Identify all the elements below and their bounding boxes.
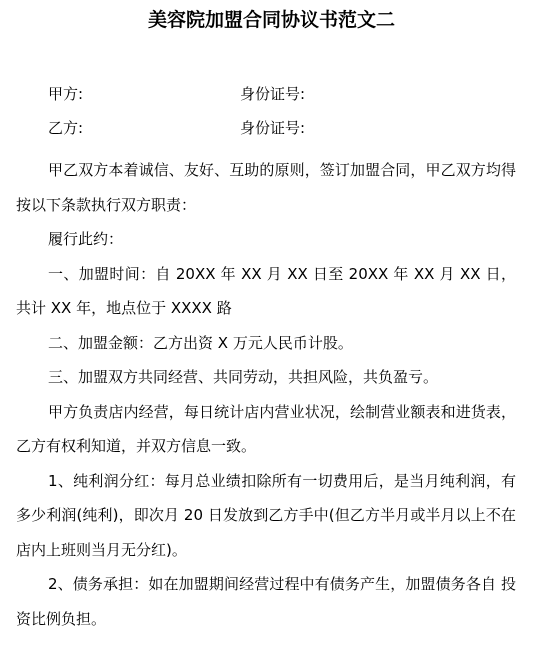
paragraph-term-1: 一、加盟时间：自 20XX 年 XX 月 XX 日至 20XX 年 XX 月 X… xyxy=(16,257,516,326)
document-page: 美容院加盟合同协议书范文二 甲方: 身份证号: 乙方: 身份证号: 甲乙双方本着… xyxy=(0,0,543,672)
paragraph-profit-sharing: 1、纯利润分红：每月总业绩扣除所有一切费用后，是当月纯利润，有多少利润(纯利)，… xyxy=(16,464,516,568)
paragraph-preamble: 甲乙双方本着诚信、友好、互助的原则，签订加盟合同，甲乙双方均得按以下条款执行双方… xyxy=(16,153,516,222)
party-a-label: 甲方: xyxy=(48,84,83,104)
document-title: 美容院加盟合同协议书范文二 xyxy=(0,6,543,34)
contract-body: 甲乙双方本着诚信、友好、互助的原则，签订加盟合同，甲乙双方均得按以下条款执行双方… xyxy=(16,153,516,636)
paragraph-debt: 2、债务承担：如在加盟期间经营过程中有债务产生，加盟债务各自 投资比例负担。 xyxy=(16,567,516,636)
paragraph-term-3: 三、加盟双方共同经营、共同劳动，共担风险，共负盈亏。 xyxy=(16,360,516,395)
paragraph-fulfill: 履行此约： xyxy=(16,222,516,257)
party-b-id-label: 身份证号: xyxy=(240,118,305,138)
party-b-label: 乙方: xyxy=(48,118,83,138)
party-a-id-label: 身份证号: xyxy=(240,84,305,104)
paragraph-term-2: 二、加盟金额：乙方出资 X 万元人民币计股。 xyxy=(16,326,516,361)
paragraph-management: 甲方负责店内经营，每日统计店内营业状况，绘制营业额表和进货表，乙方有权利知道，并… xyxy=(16,395,516,464)
